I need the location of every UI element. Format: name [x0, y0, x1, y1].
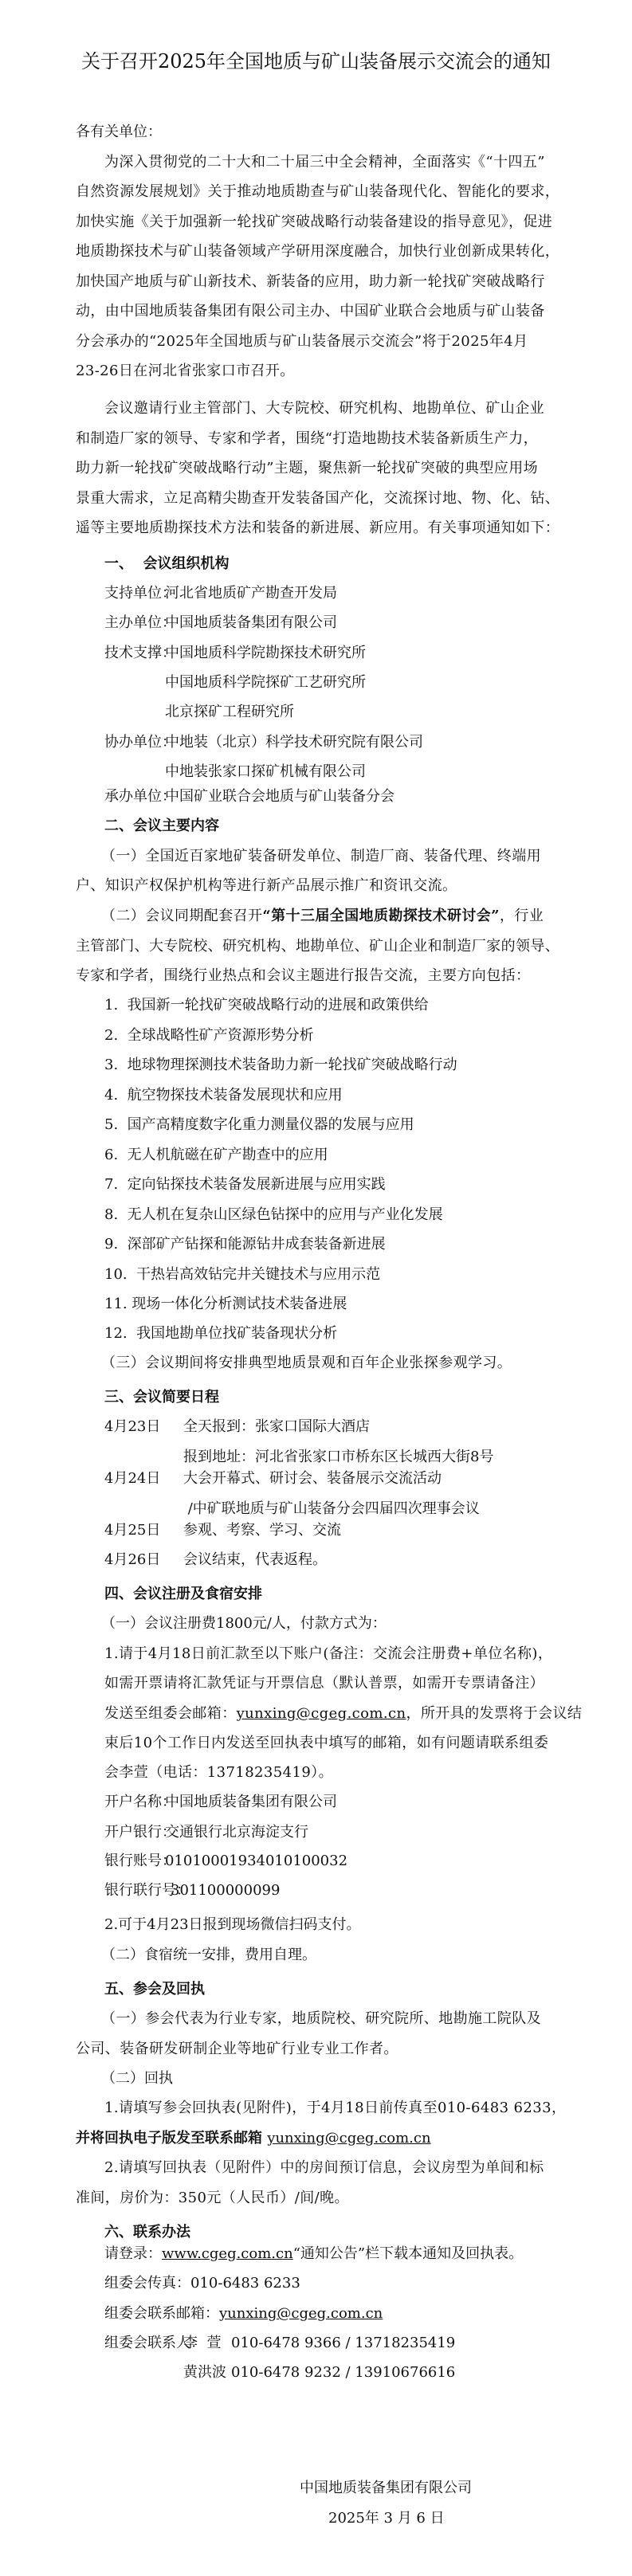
org-row-value: 中地装（北京）科学技术研究院有限公司 [165, 733, 423, 752]
content-line: 主管部门、大专院校、研究机构、地勘单位、矿山企业和制造厂家的领导、 [76, 937, 559, 956]
topic-item: 4. 航空物探技术装备发展现状和应用 [104, 1086, 343, 1105]
bank-value: 交通银行北京海淀支行 [165, 1823, 308, 1842]
receipt-line: 准间，房价为：350元（人民币）/间/晚。 [76, 2189, 349, 2208]
contact-phone: 010-6478 9232 / 13910676616 [231, 2363, 455, 2382]
topic-item: 6. 无人机航磁在矿产勘查中的应用 [104, 1146, 328, 1165]
intro-line: 自然资源发展规划》关于推动地质勘查与矿山装备现代化、智能化的要求， [76, 182, 559, 202]
website-text: “通知公告”栏下载本通知及回执表。 [293, 2245, 523, 2262]
payment-line: 会李萱（电话：13718235419）。 [104, 1763, 333, 1782]
content-text: ，行业 [500, 908, 544, 924]
schedule-detail: 大会开幕式、研讨会、装备展示交流活动 [183, 1469, 442, 1488]
intro2-line: 景重大需求，立足高精尖勘查开发装备国产化，交流探讨地、物、化、钻、 [76, 489, 559, 508]
topic-item: 10. 干热岩高效钻完井关键技术与应用示范 [104, 1265, 380, 1284]
signature-organization: 中国地质装备集团有限公司 [300, 2479, 472, 2498]
payment-line: 2.可于4月23日报到现场微信扫码支付。 [104, 1915, 361, 1935]
intro-line: 加快实施《关于加强新一轮找矿突破战略行动装备建设的指导意见》，促进 [76, 213, 552, 232]
schedule-detail: 参观、考察、学习、交流 [183, 1521, 341, 1540]
intro2-line: 遥等主要地质勘探技术方法和装备的新进展、新应用。有关事项通知如下： [76, 519, 559, 538]
bank-account-number: 01010001934010100032 [165, 1852, 347, 1871]
topic-item: 2. 全球战略性矿产资源形势分析 [104, 1026, 314, 1045]
topic-item: 1. 我国新一轮找矿突破战略行动的进展和政策供给 [104, 996, 429, 1015]
schedule-detail: /中矿联地质与矿山装备分会四届四次理事会议 [183, 1500, 480, 1519]
section-heading-content: 二、会议主要内容 [104, 817, 219, 836]
org-row-value: 中国地质科学院探矿工艺研究所 [165, 673, 366, 692]
intro2-line: 助力新一轮找矿突破战略行动”主题，聚焦新一轮找矿突破的典型应用场 [76, 459, 538, 478]
content-line: （二）会议同期配套召开“第十三届全国地质勘探技术研讨会”，行业 [101, 907, 544, 926]
content-text: （二）会议同期配套召开 [101, 908, 262, 924]
intro-line: 23-26日在河北省张家口市召开。 [76, 362, 295, 381]
intro-line: 地质勘探技术与矿山装备领域产学研用深度融合，加快行业创新成果转化， [76, 242, 559, 261]
bank-value: 中国地质装备集团有限公司 [165, 1793, 337, 1812]
intro-line: 分会承办的“2025年全国地质与矿山装备展示交流会”将于2025年4月 [76, 332, 528, 351]
receipt-line: 并将回执电子版发至联系邮箱 yunxing@cgeg.com.cn [76, 2129, 431, 2148]
content-line: （一）全国近百家地矿装备研发单位、制造厂商、装备代理、终端用 [101, 847, 541, 866]
receipt-line: 2.请填写回执表（见附件）中的房间预订信息，会议房型为单间和标 [104, 2158, 544, 2178]
schedule-detail: 会议结束，代表返程。 [183, 1551, 327, 1570]
intro-line: 动，由中国地质装备集团有限公司主办、中国矿业联合会地质与矿山装备 [76, 302, 545, 321]
bank-code: 301100000099 [171, 1881, 280, 1900]
section-heading-schedule: 三、会议简要日程 [104, 1388, 219, 1407]
salutation: 各有关单位： [76, 123, 162, 142]
signature-date: 2025年 3 月 6 日 [328, 2509, 445, 2528]
fax-line: 组委会传真：010-6483 6233 [104, 2274, 300, 2293]
payment-text: ，所开具的发票将于会议结 [406, 1705, 582, 1722]
receipt-email-link[interactable]: yunxing@cgeg.com.cn [267, 2130, 430, 2147]
org-row-value: 中国矿业联合会地质与矿山装备分会 [165, 787, 395, 806]
registration-fee: （一）会议注册费1800元/人，付款方式为： [101, 1614, 387, 1633]
seminar-name: “第十三届全国地质勘探技术研讨会” [262, 908, 500, 924]
website-link[interactable]: www.cgeg.com.cn [162, 2245, 293, 2262]
content-line: （三）会议期间将安排典型地质景观和百年企业张探参观学习。 [101, 1354, 512, 1373]
topic-item: 11. 现场一体化分析测试技术装备进展 [104, 1295, 347, 1314]
schedule-date: 4月24日 [104, 1469, 160, 1488]
receipt-subheading: （二）回执 [101, 2069, 173, 2088]
schedule-detail: 全天报到：张家口国际大酒店 [183, 1417, 370, 1437]
document-title: 关于召开2025年全国地质与矿山装备展示交流会的通知 [0, 49, 632, 73]
website-line: 请登录：www.cgeg.com.cn“通知公告”栏下载本通知及回执表。 [104, 2245, 523, 2264]
fax-number: 010-6483 6233 [190, 2275, 300, 2292]
org-row-value: 河北省地质矿产勘查开发局 [165, 584, 337, 603]
lodging-note: （二）食宿统一安排，费用自理。 [101, 1946, 316, 1965]
contact-email-link[interactable]: yunxing@cgeg.com.cn [219, 2305, 383, 2322]
payment-line: 1.请于4月18日前汇款至以下账户(备注：交流会注册费+单位名称)， [104, 1645, 552, 1664]
topic-item: 5. 国产高精度数字化重力测量仪器的发展与应用 [104, 1115, 414, 1135]
section-heading-attendance: 五、参会及回执 [104, 1980, 205, 1999]
org-row-value: 中国地质装备集团有限公司 [165, 614, 337, 633]
intro2-line: 会议邀请行业主管部门、大专院校、研究机构、地勘单位、矿山企业 [104, 399, 544, 418]
receipt-text: 并将回执电子版发至联系邮箱 [76, 2130, 262, 2147]
organizer-email-link[interactable]: yunxing@cgeg.com.cn [237, 1705, 406, 1722]
content-line: 专家和学者，围绕行业热点和会议主题进行报告交流，主要方向包括： [76, 966, 530, 986]
topic-item: 9. 深部矿产钻探和能源钻井成套装备新进展 [104, 1235, 386, 1254]
payment-line: 如需开票请将汇款凭证与开票信息（默认普票，如需开专票请备注） [104, 1674, 544, 1693]
topic-item: 7. 定向钻探技术装备发展新进展与应用实践 [104, 1175, 386, 1194]
contact-phone: 010-6478 9366 / 13718235419 [231, 2334, 455, 2353]
content-line: 户、知识产权保护机构等进行新产品展示推广和资讯交流。 [76, 876, 457, 896]
payment-text: 发送至组委会邮箱： [104, 1705, 237, 1722]
schedule-date: 4月25日 [104, 1521, 160, 1540]
section-heading-registration: 四、会议注册及食宿安排 [104, 1585, 262, 1604]
schedule-date: 4月23日 [104, 1417, 160, 1437]
attendance-line: （一）参会代表为行业专家，地质院校、研究院所、地勘施工院队及 [101, 2009, 541, 2029]
intro2-line: 和制造厂家的领导、专家和学者，围绕“打造地勘技术装备新质生产力， [76, 429, 538, 449]
intro-line: 加快国产地质与矿山新技术、新装备的应用，助力新一轮找矿突破战略行 [76, 272, 545, 292]
receipt-line: 1.请填写参会回执表(见附件)，于4月18日前传真至010-6483 6233， [104, 2099, 566, 2118]
topic-item: 8. 无人机在复杂山区绿色钻探中的应用与产业化发展 [104, 1206, 443, 1225]
payment-line: 发送至组委会邮箱：yunxing@cgeg.com.cn，所开具的发票将于会议结 [104, 1704, 582, 1723]
org-row-value: 中国地质科学院勘探技术研究所 [165, 644, 366, 663]
schedule-detail: 报到地址：河北省张家口市桥东区长城西大街8号 [183, 1448, 493, 1467]
website-text: 请登录： [104, 2245, 162, 2262]
section-heading-contact: 六、联系办法 [104, 2223, 190, 2242]
fax-label: 组委会传真： [104, 2275, 190, 2292]
contact-name: 黄洪波 [183, 2363, 226, 2382]
intro-line: 为深入贯彻党的二十大和二十届三中全会精神，全面落实《“十四五” [104, 153, 545, 172]
email-label: 组委会联系邮箱： [104, 2305, 219, 2322]
email-line: 组委会联系邮箱：yunxing@cgeg.com.cn [104, 2304, 383, 2323]
contact-name: 李 萱 [183, 2334, 221, 2353]
org-row-value: 北京探矿工程研究所 [165, 703, 294, 722]
payment-line: 束后10个工作日内发送至回执表中填写的邮箱，如有问题请联系组委 [104, 1734, 548, 1753]
org-row-value: 中地装张家口探矿机械有限公司 [165, 763, 366, 782]
topic-item: 3. 地球物理探测技术装备助力新一轮找矿突破战略行动 [104, 1056, 457, 1075]
schedule-date: 4月26日 [104, 1551, 160, 1570]
attendance-line: 公司、装备研发研制企业等地矿行业专业工作者。 [76, 2040, 398, 2059]
topic-item: 12. 我国地勘单位找矿装备现状分析 [104, 1324, 337, 1343]
section-heading-organization: 一、 会议组织机构 [104, 555, 230, 574]
